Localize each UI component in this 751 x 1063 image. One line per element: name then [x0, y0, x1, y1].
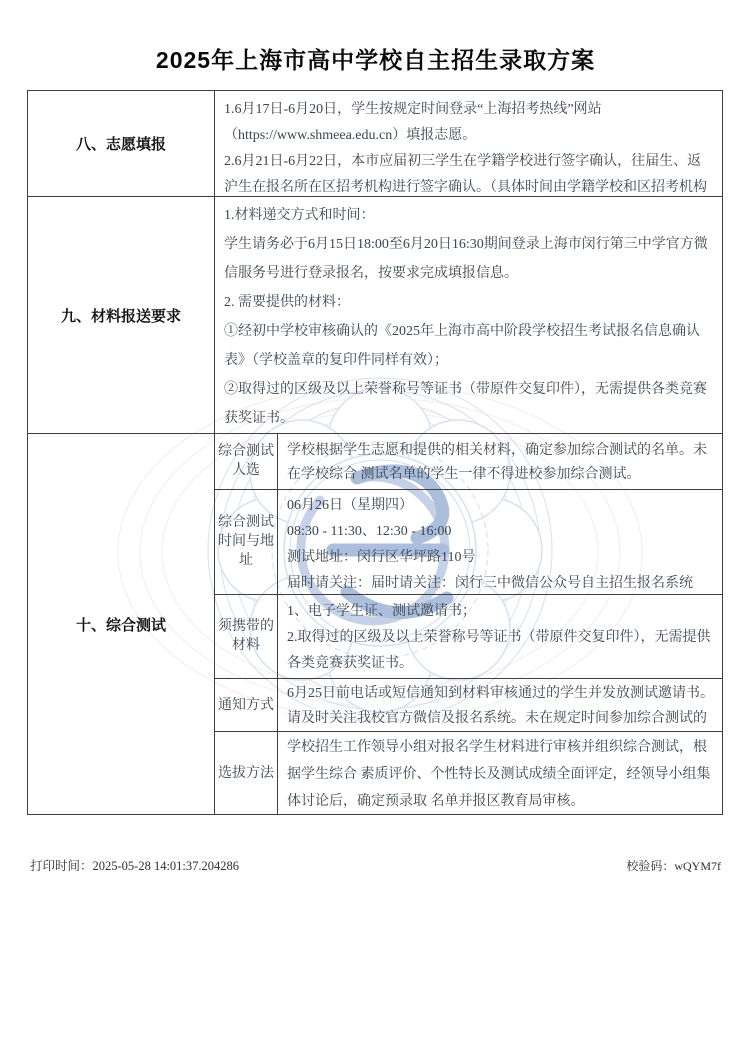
subrow-label-notification-method: 通知方式 [215, 679, 277, 731]
text-line: 2.取得过的区级及以上荣誉称号等证书（带原件交复印件），无需提供各类竞赛获奖证书… [287, 625, 714, 677]
text-line: 1、电子学生证、测试邀请书； [287, 599, 714, 625]
text-line: 学生请务必于6月15日18:00至6月20日16:30期间登录上海市闵行第三中学… [224, 230, 714, 288]
row-content-volunteer-filling: 1.6月17日-6月20日，学生按规定时间登录“上海招考热线”网站（https:… [214, 91, 722, 196]
subrow-label-required-materials: 须携带的材料 [215, 595, 277, 678]
subrow-test-time-place: 综合测试时间与地址 06月26日（星期四）08:30 - 11:30、12:30… [215, 489, 722, 594]
text-line: （https://www.shmeea.edu.cn）填报志愿。 [224, 123, 714, 149]
text-line: 学校根据学生志愿和提供的相关材料，确定参加综合测试的名单。未在学校综合 测试名单… [287, 439, 714, 487]
text-line: 06月26日（星期四） [287, 493, 714, 519]
text-line: 6月25日前电话或短信通知到材料审核通过的学生并发放测试邀请书。请及时关注我校官… [287, 681, 714, 731]
comprehensive-test-subrows: 综合测试人选 学校根据学生志愿和提供的相关材料，确定参加综合测试的名单。未在学校… [214, 434, 722, 814]
subrow-content-selection-method: 学校招生工作领导小组对报名学生材料进行审核并组织综合测试，根据学生综合 素质评价… [277, 732, 722, 814]
table-row-volunteer-filling: 八、志愿填报 1.6月17日-6月20日，学生按规定时间登录“上海招考热线”网站… [28, 91, 722, 196]
subrow-content-test-candidates: 学校根据学生志愿和提供的相关材料，确定参加综合测试的名单。未在学校综合 测试名单… [277, 434, 722, 489]
row-label-material-submission: 九、材料报送要求 [28, 197, 214, 433]
subrow-selection-method: 选拔方法 学校招生工作领导小组对报名学生材料进行审核并组织综合测试，根据学生综合… [215, 731, 722, 814]
text-line: ①经初中学校审核确认的《2025年上海市高中阶段学校招生考试报名信息确认表》（学… [224, 317, 714, 375]
subrow-label-test-time-place: 综合测试时间与地址 [215, 490, 277, 594]
table-row-material-submission: 九、材料报送要求 1.材料递交方式和时间：学生请务必于6月15日18:00至6月… [28, 196, 722, 433]
subrow-notification-method: 通知方式 6月25日前电话或短信通知到材料审核通过的学生并发放测试邀请书。请及时… [215, 678, 722, 731]
subrow-required-materials: 须携带的材料 1、电子学生证、测试邀请书；2.取得过的区级及以上荣誉称号等证书（… [215, 594, 722, 678]
text-line: 08:30 - 11:30、12:30 - 16:00 [287, 519, 714, 545]
checksum-text: 校验码：wQYM7f [626, 857, 721, 874]
row-content-material-submission: 1.材料递交方式和时间：学生请务必于6月15日18:00至6月20日16:30期… [214, 197, 722, 433]
document-page: 2025年上海市高中学校自主招生录取方案 八、志愿填报 1.6月17日-6月20… [0, 0, 751, 1063]
page-title: 2025年上海市高中学校自主招生录取方案 [0, 42, 751, 75]
text-line: 1.6月17日-6月20日，学生按规定时间登录“上海招考热线”网站 [224, 97, 714, 123]
text-line: ②取得过的区级及以上荣誉称号等证书（带原件交复印件），无需提供各类竞赛获奖证书。 [224, 375, 714, 433]
row-label-volunteer-filling: 八、志愿填报 [28, 91, 214, 196]
subrow-label-selection-method: 选拔方法 [215, 732, 277, 814]
text-line: 学校招生工作领导小组对报名学生材料进行审核并组织综合测试，根据学生综合 素质评价… [287, 734, 714, 814]
print-time-text: 打印时间：2025-05-28 14:01:37.204286 [30, 856, 239, 874]
subrow-test-candidates: 综合测试人选 学校根据学生志愿和提供的相关材料，确定参加综合测试的名单。未在学校… [215, 434, 722, 489]
subrow-content-test-time-place: 06月26日（星期四）08:30 - 11:30、12:30 - 16:00测试… [277, 490, 722, 594]
row-label-comprehensive-test: 十、综合测试 [28, 434, 214, 814]
text-line: 测试地址：闵行区华坪路110号 [287, 545, 714, 571]
subrow-content-notification-method: 6月25日前电话或短信通知到材料审核通过的学生并发放测试邀请书。请及时关注我校官… [277, 679, 722, 731]
table-row-comprehensive-test: 十、综合测试 综合测试人选 学校根据学生志愿和提供的相关材料，确定参加综合测试的… [28, 433, 722, 814]
subrow-label-test-candidates: 综合测试人选 [215, 434, 277, 489]
text-line: 1.材料递交方式和时间： [224, 201, 714, 230]
text-line: 届时请关注：届时请关注：闵行三中微信公众号自主招生报名系统 [287, 571, 714, 594]
admission-plan-table: 八、志愿填报 1.6月17日-6月20日，学生按规定时间登录“上海招考热线”网站… [27, 90, 723, 815]
text-line: 2. 需要提供的材料： [224, 288, 714, 317]
text-line: 2.6月21日-6月22日，本市应届初三学生在学籍学校进行签字确认，往届生、返沪… [224, 149, 714, 196]
subrow-content-required-materials: 1、电子学生证、测试邀请书；2.取得过的区级及以上荣誉称号等证书（带原件交复印件… [277, 595, 722, 678]
